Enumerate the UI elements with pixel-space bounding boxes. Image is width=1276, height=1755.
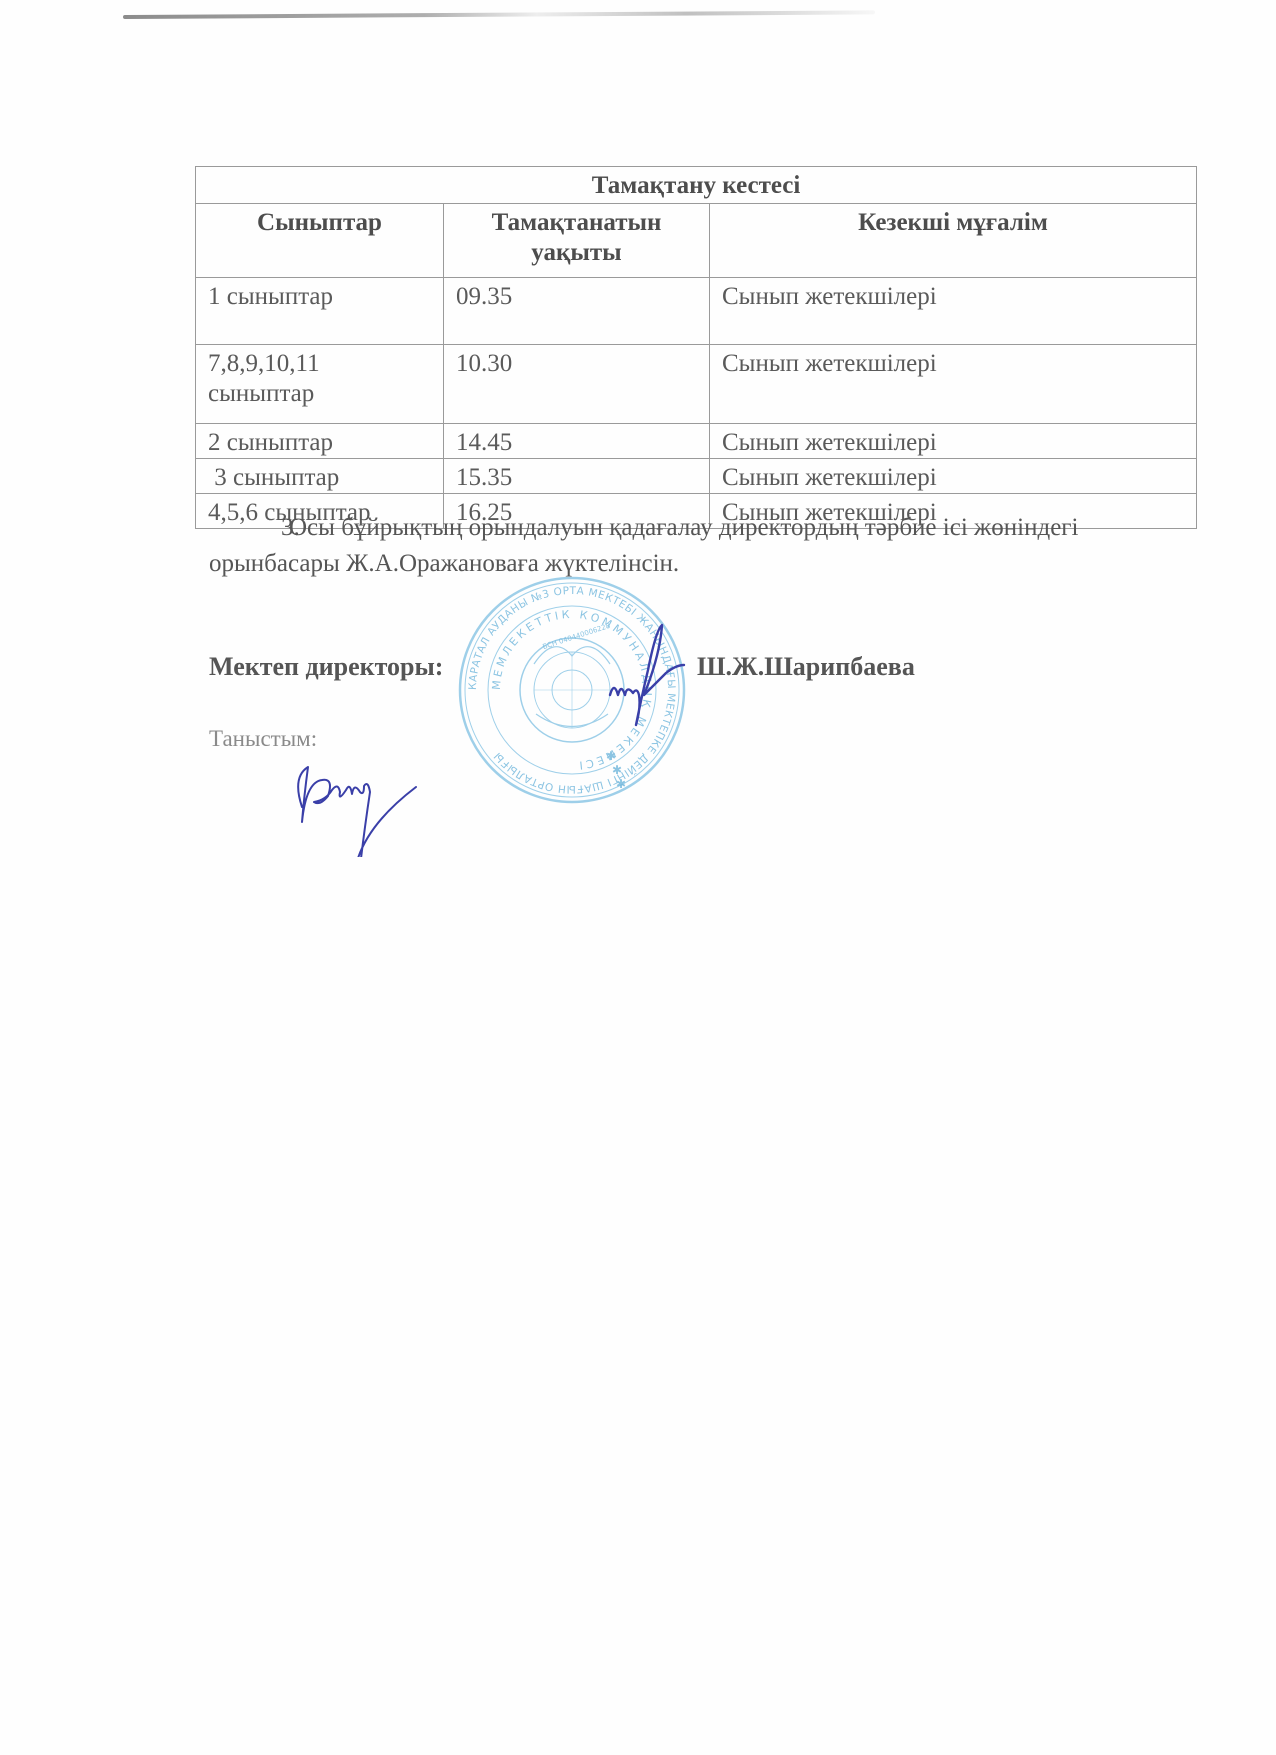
paragraph-number: 3. — [245, 510, 289, 546]
table-row: 7,8,9,10,11 сыныптар 10.30 Сынып жетекші… — [196, 345, 1197, 424]
cell-classes: 7,8,9,10,11 сыныптар — [196, 345, 444, 424]
director-role-label: Мектеп директоры: — [209, 652, 443, 682]
director-signature-icon — [600, 620, 690, 755]
cell-time: 14.45 — [444, 424, 710, 459]
meal-schedule-table: Тамақтану кестесі Сыныптар Тамақтанатын … — [195, 166, 1197, 529]
header-duty-teacher: Кезекші мұғалім — [710, 204, 1197, 278]
cell-teacher: Сынып жетекшілері — [710, 459, 1197, 494]
svg-text:✱: ✱ — [616, 777, 626, 791]
cell-time: 09.35 — [444, 278, 710, 345]
header-meal-time: Тамақтанатын уақыты — [444, 204, 710, 278]
table-title: Тамақтану кестесі — [196, 167, 1197, 204]
cell-classes: 1 сыныптар — [196, 278, 444, 345]
cell-time: 15.35 — [444, 459, 710, 494]
table-row: 2 сыныптар 14.45 Сынып жетекшілері — [196, 424, 1197, 459]
table-row: 3 сыныптар 15.35 Сынып жетекшілері — [196, 459, 1197, 494]
cell-classes: 2 сыныптар — [196, 424, 444, 459]
cell-time: 10.30 — [444, 345, 710, 424]
cell-teacher: Сынып жетекшілері — [710, 424, 1197, 459]
acknowledgement-signature-icon — [280, 752, 430, 857]
cell-teacher: Сынып жетекшілері — [710, 345, 1197, 424]
cell-classes: 3 сыныптар — [196, 459, 444, 494]
header-classes: Сыныптар — [196, 204, 444, 278]
paragraph-line-1: Осы бұйрықтың орындалуын қадағалау дирек… — [289, 514, 1079, 541]
svg-text:✱: ✱ — [612, 763, 622, 777]
scan-artifact-line — [123, 10, 875, 19]
director-name: Ш.Ж.Шарипбаева — [697, 652, 915, 682]
acknowledged-label: Таныстым: — [209, 726, 317, 752]
table-row: 1 сыныптар 09.35 Сынып жетекшілері — [196, 278, 1197, 345]
paragraph-line-2: орынбасары Ж.А.Оражановаға жүктелінсін. — [209, 550, 679, 577]
cell-teacher: Сынып жетекшілері — [710, 278, 1197, 345]
order-paragraph: 3.Осы бұйрықтың орындалуын қадағалау дир… — [209, 510, 1219, 582]
